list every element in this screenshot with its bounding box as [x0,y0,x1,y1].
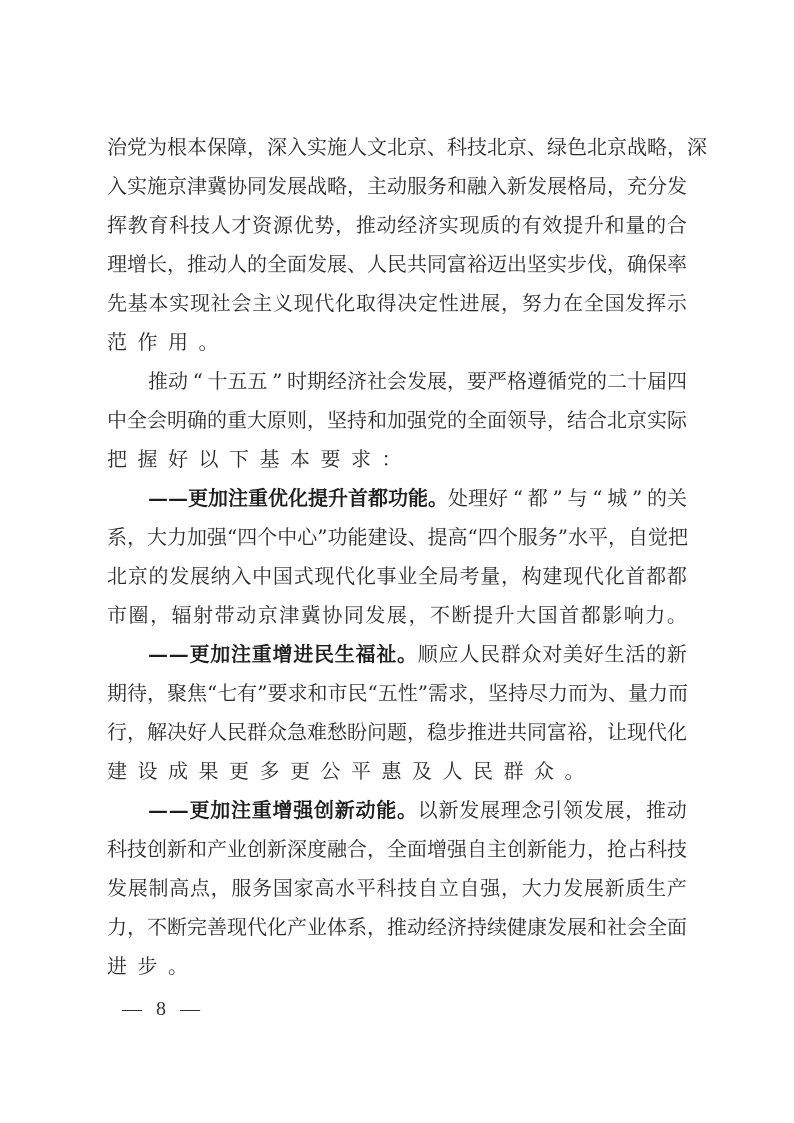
text-char: 多 [260,752,280,791]
text-char: 新 [167,830,187,869]
text-char: 社 [211,284,231,323]
text-char: 自 [628,518,648,557]
text-char: 定 [418,284,438,323]
text-char: 进 [107,947,127,986]
text-char: 融 [327,830,347,869]
text-char: 合 [347,830,367,869]
text-char: 推 [187,245,207,284]
text-char: 好 [168,440,188,479]
text-char: 众 [534,752,554,791]
text-char: 推 [467,713,487,752]
text-char: 创 [247,830,267,869]
text-char: 源 [273,206,293,245]
text-char: ， [501,284,521,323]
text-char: 点 [190,869,210,908]
text-char: 济 [418,206,438,245]
text-char: 增 [127,245,147,284]
text-char: 强 [207,518,227,557]
text-char: 教 [128,206,148,245]
text-char: ， [501,557,521,596]
text-char: 持 [508,674,528,713]
text-char: 保 [207,128,227,167]
text-char: ， [367,908,387,947]
text-char: 协 [227,167,247,206]
text-char: 活 [625,635,645,674]
text-char: 展 [427,362,447,401]
text-line: ——更加注重优化提升首都功能。处理好“都”与“城”的关 [107,479,687,518]
text-char: 及 [412,752,432,791]
text-char: 本 [290,440,310,479]
text-char: 现 [314,557,334,596]
heading-char: — [169,791,189,830]
text-char: 京 [607,128,627,167]
text-char: 加 [187,518,207,557]
text-char: 领 [563,791,583,830]
text-char: 展 [605,791,625,830]
text-char: ， [247,128,267,167]
text-char: 人 [207,713,227,752]
text-char: 实 [547,245,567,284]
heading-char: 。 [397,791,417,830]
text-line: 把握好以下基本要求： [107,440,687,479]
text-char: ” [257,674,267,713]
text-char: 效 [542,206,562,245]
text-char: 现 [459,206,479,245]
text-char: 济 [447,908,467,947]
text-char: 资 [252,206,272,245]
heading-char: 更 [190,635,210,674]
text-char: 确 [187,401,207,440]
text-char: 格 [567,167,587,206]
text-char: 求 [351,440,371,479]
text-char: 不 [147,908,167,947]
text-char: 众 [522,635,542,674]
text-char: 需 [428,674,448,713]
text-char: 的 [247,245,267,284]
text-char: 响 [624,596,644,635]
text-char: 健 [507,908,527,947]
text-char: ， [150,596,170,635]
text-line: ——更加注重增进民生福祉。顺应人民群众对美好生活的新 [107,635,687,674]
text-line: 期待，聚焦“七有”要求和市民“五性”需求，坚持尽力而为、量力而 [107,674,687,713]
text-char: 基 [128,284,148,323]
text-line: 中全会明确的重大原则，坚持和加强党的全面领导，结合北京实际 [107,401,687,440]
text-char: 发 [307,245,327,284]
text-char: 党 [567,362,587,401]
text-char: 京 [507,128,527,167]
text-char: 新 [667,635,687,674]
text-char: 展 [567,908,587,947]
text-char: 提 [563,206,583,245]
heading-char: 升 [328,479,348,518]
text-char: 质 [480,206,500,245]
text-char: 聚 [167,674,187,713]
text-char: 会 [627,908,647,947]
text-char: 全 [387,830,407,869]
heading-char: 重 [248,479,268,518]
text-char: 善 [207,908,227,947]
heading-char: — [169,635,189,674]
text-char: 本 [187,128,207,167]
text-char: 把 [107,440,127,479]
text-char: 在 [563,284,583,323]
text-char: 要 [467,362,487,401]
text-char: 建 [107,752,127,791]
text-char: 绿 [547,128,567,167]
text-char: 化 [267,908,287,947]
text-char: 北 [607,401,627,440]
text-char: 展 [480,791,500,830]
text-char: 导 [527,401,547,440]
text-char: 握 [138,440,158,479]
text-char: 市 [327,674,347,713]
heading-char: 更 [188,479,208,518]
text-char: 动 [407,908,427,947]
text-char: ” [558,518,568,557]
text-char: 式 [294,557,314,596]
text-char: 自 [459,869,479,908]
text-char: 领 [507,401,527,440]
text-char: 示 [667,284,687,323]
text-char: 原 [267,401,287,440]
text-char: 国 [538,596,558,635]
text-char: 入 [107,167,127,206]
text-char: 持 [347,401,367,440]
text-char: 产 [207,830,227,869]
text-char: “ [588,479,608,518]
heading-char: 增 [273,635,293,674]
text-char: 建 [367,518,387,557]
text-char: 富 [547,713,567,752]
text-char: 的 [646,206,666,245]
text-char: 断 [452,596,472,635]
text-char: 重 [227,401,247,440]
text-char: 强 [447,830,467,869]
text-char: 力 [542,869,562,908]
text-char: 施 [327,128,347,167]
text-char: 发 [625,284,645,323]
text-char: ” [548,479,568,518]
text-char: 社 [367,362,387,401]
text-char: 性 [439,284,459,323]
text-char: 以 [418,791,438,830]
text-char: 全 [647,908,667,947]
text-char: 、 [347,245,367,284]
text-char: 纳 [211,557,231,596]
text-char: 五 [378,674,398,713]
text-char: 力 [567,830,587,869]
text-char: 民 [480,635,500,674]
text-char: 下 [229,440,249,479]
text-char: 人 [211,206,231,245]
text-char: 入 [487,167,507,206]
text-char: 而 [668,674,688,713]
text-char: ” [418,674,428,713]
text-char: 深 [287,830,307,869]
text-char: 技 [190,206,210,245]
text-line: 先基本实现社会主义现代化取得决定性进展，努力在全国发挥示 [107,284,687,323]
text-char: 遵 [527,362,547,401]
text-char: 七 [217,674,237,713]
text-char: 展 [584,869,604,908]
text-char: 面 [667,908,687,947]
heading-char: 首 [348,479,368,518]
text-char: 新 [507,167,527,206]
heading-char: 功 [388,479,408,518]
text-char: 裕 [467,245,487,284]
text-char: 展 [128,869,148,908]
text-char: 成 [168,752,188,791]
text-char: ， [607,167,627,206]
text-char: 伐 [587,245,607,284]
text-char: 中 [277,518,297,557]
text-char: 把 [668,518,688,557]
text-char: 代 [647,713,667,752]
text-char: 事 [377,557,397,596]
text-char: ， [211,869,231,908]
text-char: 能 [547,830,567,869]
text-char: 北 [587,128,607,167]
text-char: 步 [138,947,158,986]
text-char: 实 [439,206,459,245]
text-char: 的 [587,362,607,401]
text-char: 果 [199,752,219,791]
text-char: 行 [107,713,127,752]
text-char: 际 [667,401,687,440]
text-char: 待 [127,674,147,713]
text-char: 民 [387,245,407,284]
text-char: 服 [231,869,251,908]
text-char: 增 [427,830,447,869]
text-char: 升 [495,596,515,635]
text-char: 问 [367,713,387,752]
text-char: 求 [448,674,468,713]
text-char: 技 [467,128,487,167]
text-char: 公 [321,752,341,791]
text-char: 立 [439,869,459,908]
text-char: 推 [356,206,376,245]
document-body: 治党为根本保障，深入实施人文北京、科技北京、绿色北京战略，深入实施京津冀协同发展… [107,128,697,986]
text-char: 科 [647,830,667,869]
text-char: 的 [646,635,666,674]
paragraph-p3: ——更加注重优化提升首都功能。处理好“都”与“城”的关系，大力加强“四个中心”功… [107,479,697,635]
text-char: 、 [527,128,547,167]
text-char: 坚 [327,401,347,440]
text-char: 严 [487,362,507,401]
page-number-value: 8 [156,998,166,1021]
text-char: 协 [322,596,342,635]
text-char: 代 [247,908,267,947]
text-char: 率 [667,245,687,284]
text-char: 难 [307,713,327,752]
text-char: 展 [547,167,567,206]
text-char: 冀 [301,596,321,635]
text-char: 自 [467,830,487,869]
text-char: 业 [397,557,417,596]
text-char: 科 [447,128,467,167]
text-char: 优 [294,206,314,245]
text-char: 富 [447,245,467,284]
text-char: 设 [138,752,158,791]
heading-char: 增 [273,791,293,830]
text-char: 续 [487,908,507,947]
text-char: 才 [231,206,251,245]
text-char: 结 [567,401,587,440]
text-char: 先 [107,284,127,323]
heading-char: 创 [314,791,334,830]
text-char: 十 [627,362,647,401]
text-char: 循 [547,362,567,401]
text-char: 四 [237,518,257,557]
text-char: 都 [528,479,548,518]
text-char: 文 [367,128,387,167]
text-char: 质 [625,869,645,908]
text-char: ， [347,167,367,206]
text-char: 要 [321,440,341,479]
text-char: 自 [418,869,438,908]
text-char: ， [127,518,147,557]
text-char: 和 [447,167,467,206]
text-char: 推 [646,791,666,830]
text-char: 技 [127,830,147,869]
text-char: 平 [356,869,376,908]
text-char: 和 [605,206,625,245]
text-char: 合 [667,206,687,245]
text-char: 国 [273,869,293,908]
text-char: 国 [273,557,293,596]
text-char: 以 [199,440,219,479]
text-char: 现 [627,713,647,752]
text-char: “ [367,674,377,713]
text-char: 和 [307,674,327,713]
text-char: 觉 [648,518,668,557]
text-char: 和 [367,401,387,440]
text-line: 治党为根本保障，深入实施人文北京、科技北京、绿色北京战略，深 [107,128,687,167]
text-char: 体 [327,908,347,947]
text-char: 则 [287,401,307,440]
text-char: 的 [501,206,521,245]
text-char: 务 [538,518,558,557]
text-char: 急 [287,713,307,752]
text-char: ， [127,713,147,752]
document-page: 治党为根本保障，深入实施人文北京、科技北京、绿色北京战略，深入实施京津冀协同发展… [0,0,794,1123]
text-char: 实 [647,401,667,440]
text-char: 同 [527,713,547,752]
heading-char: — [148,635,168,674]
text-char: 和 [587,908,607,947]
heading-char: 福 [356,635,376,674]
text-char: 入 [287,128,307,167]
text-char: 首 [625,557,645,596]
text-char: 国 [605,284,625,323]
text-char: 展 [327,245,347,284]
text-char: 群 [504,752,524,791]
text-char: 平 [588,518,608,557]
text-char: ， [608,518,628,557]
text-char: ， [147,674,167,713]
text-char: 康 [527,908,547,947]
text-char: 动 [207,245,227,284]
text-char: “ [227,518,237,557]
heading-char: 重 [252,791,272,830]
text-char: 人 [227,245,247,284]
text-char: 业 [307,908,327,947]
text-char: 展 [480,284,500,323]
text-char: 融 [467,167,487,206]
text-char: 个 [257,518,277,557]
text-char: “ [207,674,217,713]
text-char: 面 [487,401,507,440]
text-line: 力，不断完善现代化产业体系，推动经济持续健康发展和社会全面 [107,908,687,947]
text-char: 技 [397,869,417,908]
paragraph-p1: 治党为根本保障，深入实施人文北京、科技北京、绿色北京战略，深入实施京津冀协同发展… [107,128,697,362]
text-char: 坚 [527,245,547,284]
text-char: 十 [208,362,228,401]
text-char: ” [627,479,647,518]
heading-char: 祉 [376,635,396,674]
text-char: 和 [187,830,207,869]
text-char: 稳 [427,713,447,752]
text-char: 挥 [107,206,127,245]
text-char: 同 [344,596,364,635]
text-char: 出 [507,245,527,284]
text-char: 引 [542,791,562,830]
text-char: 发 [169,557,189,596]
text-char: 市 [107,596,127,635]
text-char: 盼 [347,713,367,752]
text-char: 中 [107,401,127,440]
text-char: 考 [459,557,479,596]
text-char: 惠 [382,752,402,791]
text-char: 全 [584,284,604,323]
text-char: 占 [627,830,647,869]
text-char: 力 [648,674,668,713]
text-char: 要 [267,674,287,713]
text-char: 服 [407,167,427,206]
text-char: “ [467,518,477,557]
text-char: 迈 [487,245,507,284]
text-char: ： [382,440,402,479]
text-char: 关 [667,479,687,518]
text-char: 都 [581,596,601,635]
text-char: 发 [407,362,427,401]
text-char: 大 [522,869,542,908]
text-char: 构 [522,557,542,596]
text-char: 断 [167,908,187,947]
text-char: 尽 [528,674,548,713]
text-char: 高 [314,869,334,908]
text-char: 力 [542,284,562,323]
text-char: 与 [568,479,588,518]
text-char: 人 [443,752,463,791]
text-char: 完 [187,908,207,947]
text-char: 届 [647,362,667,401]
text-char: 求 [287,674,307,713]
text-char: 发 [107,869,127,908]
text-char: 主 [487,830,507,869]
text-char: 动 [667,791,687,830]
text-char: 冀 [207,167,227,206]
text-char: 升 [584,206,604,245]
text-char: 力 [548,674,568,713]
text-char: 制 [148,869,168,908]
heading-char: 化 [288,479,308,518]
text-char: 化 [605,557,625,596]
text-line: 市圈，辐射带动京津冀协同发展，不断提升大国首都影响力。 [107,596,687,635]
text-char: ” [268,362,288,401]
heading-char: 注 [231,791,251,830]
text-char: 创 [507,830,527,869]
